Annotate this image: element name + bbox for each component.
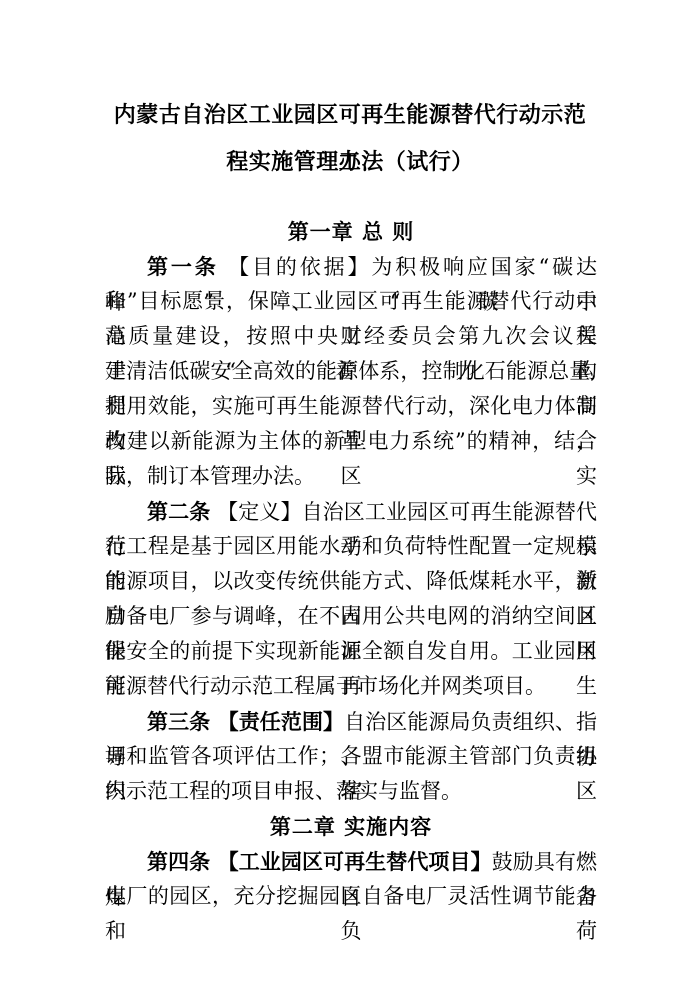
body-line: 第四条 【工业园区可再生替代项目】鼓励具有燃煤自备	[105, 844, 597, 879]
body-line: 能源项目，以改变传统供能方式、降低煤耗水平，激励园区	[105, 564, 597, 599]
title-line: 内蒙古自治区工业园区可再生能源替代行动示范工	[104, 91, 596, 138]
body-line: 自备电厂参与调峰，在不占用公共电网的消纳空间且保证用	[105, 599, 597, 634]
chapter-heading: 第一章 总 则	[105, 214, 597, 249]
text-segment: 内示范工程的项目申报、落实与监督。	[105, 779, 462, 803]
article-paragraph: 第四条 【工业园区可再生替代项目】鼓励具有燃煤自备电厂的园区，充分挖掘园区自备电…	[105, 844, 597, 914]
text-segment: 第三条 【责任范围】	[147, 709, 344, 734]
article-paragraph: 第二条 【定义】自治区工业园区可再生能源替代行动示范工程是基于园区用能水平和负荷…	[105, 494, 597, 704]
text-segment: 第四条 【工业园区可再生替代项目】	[147, 849, 492, 874]
body-line: 电厂的园区，充分挖掘园区自备电厂灵活性调节能力和负荷	[105, 879, 597, 914]
text-segment: 际，制订本管理办法。	[105, 464, 315, 488]
body-line: 第一条 【目的依据】为积极响应国家“碳达峰”、“碳中	[105, 249, 597, 284]
body-line: 和”目标愿景，保障工业园区可再生能源替代行动示范工程	[105, 284, 597, 319]
body-line: 第二条 【定义】自治区工业园区可再生能源替代行动示	[105, 494, 597, 529]
body-line: 第三条 【责任范围】自治区能源局负责组织、指导、协	[105, 704, 597, 739]
body-line: 构建以新能源为主体的新型电力系统”的精神，结合我区实	[105, 424, 597, 459]
body-line: 能安全的前提下实现新能源全额自发自用。工业园区可再生	[105, 634, 597, 669]
doc-title: 内蒙古自治区工业园区可再生能源替代行动示范工程实施管理办法（试行）	[104, 91, 596, 185]
body-line: 建清洁低碳安全高效的能源体系，控制化石能源总量,提高	[105, 354, 597, 389]
title-line: 程实施管理办法（试行）	[104, 138, 596, 185]
body-line: 能源替代行动示范工程属于市场化并网类项目。	[105, 669, 597, 704]
body-line: 范工程是基于园区用能水平和负荷特性配置一定规模的新	[105, 529, 597, 564]
text-segment: 电厂的园区，充分挖掘园区自备电厂灵活性调节能力和负荷	[105, 884, 597, 943]
text-segment: 能源替代行动示范工程属于市场化并网类项目。	[105, 674, 546, 698]
doc-body: 第一章 总 则第一条 【目的依据】为积极响应国家“碳达峰”、“碳中和”目标愿景，…	[105, 214, 597, 914]
body-line: 高质量建设，按照中央财经委员会第九次会议关于“着力构	[105, 319, 597, 354]
document-page: 内蒙古自治区工业园区可再生能源替代行动示范工程实施管理办法（试行） 第一章 总 …	[0, 0, 700, 990]
text-segment: 第二条	[147, 499, 210, 524]
article-paragraph: 第三条 【责任范围】自治区能源局负责组织、指导、协调和监管各项评估工作；各盟市能…	[105, 704, 597, 809]
chapter-heading: 第二章 实施内容	[105, 809, 597, 844]
body-line: 利用效能，实施可再生能源替代行动，深化电力体制改革，	[105, 389, 597, 424]
article-paragraph: 第一条 【目的依据】为积极响应国家“碳达峰”、“碳中和”目标愿景，保障工业园区可…	[105, 249, 597, 494]
body-line: 调和监管各项评估工作；各盟市能源主管部门负责组织辖区	[105, 739, 597, 774]
text-segment: 第一条	[147, 254, 219, 279]
